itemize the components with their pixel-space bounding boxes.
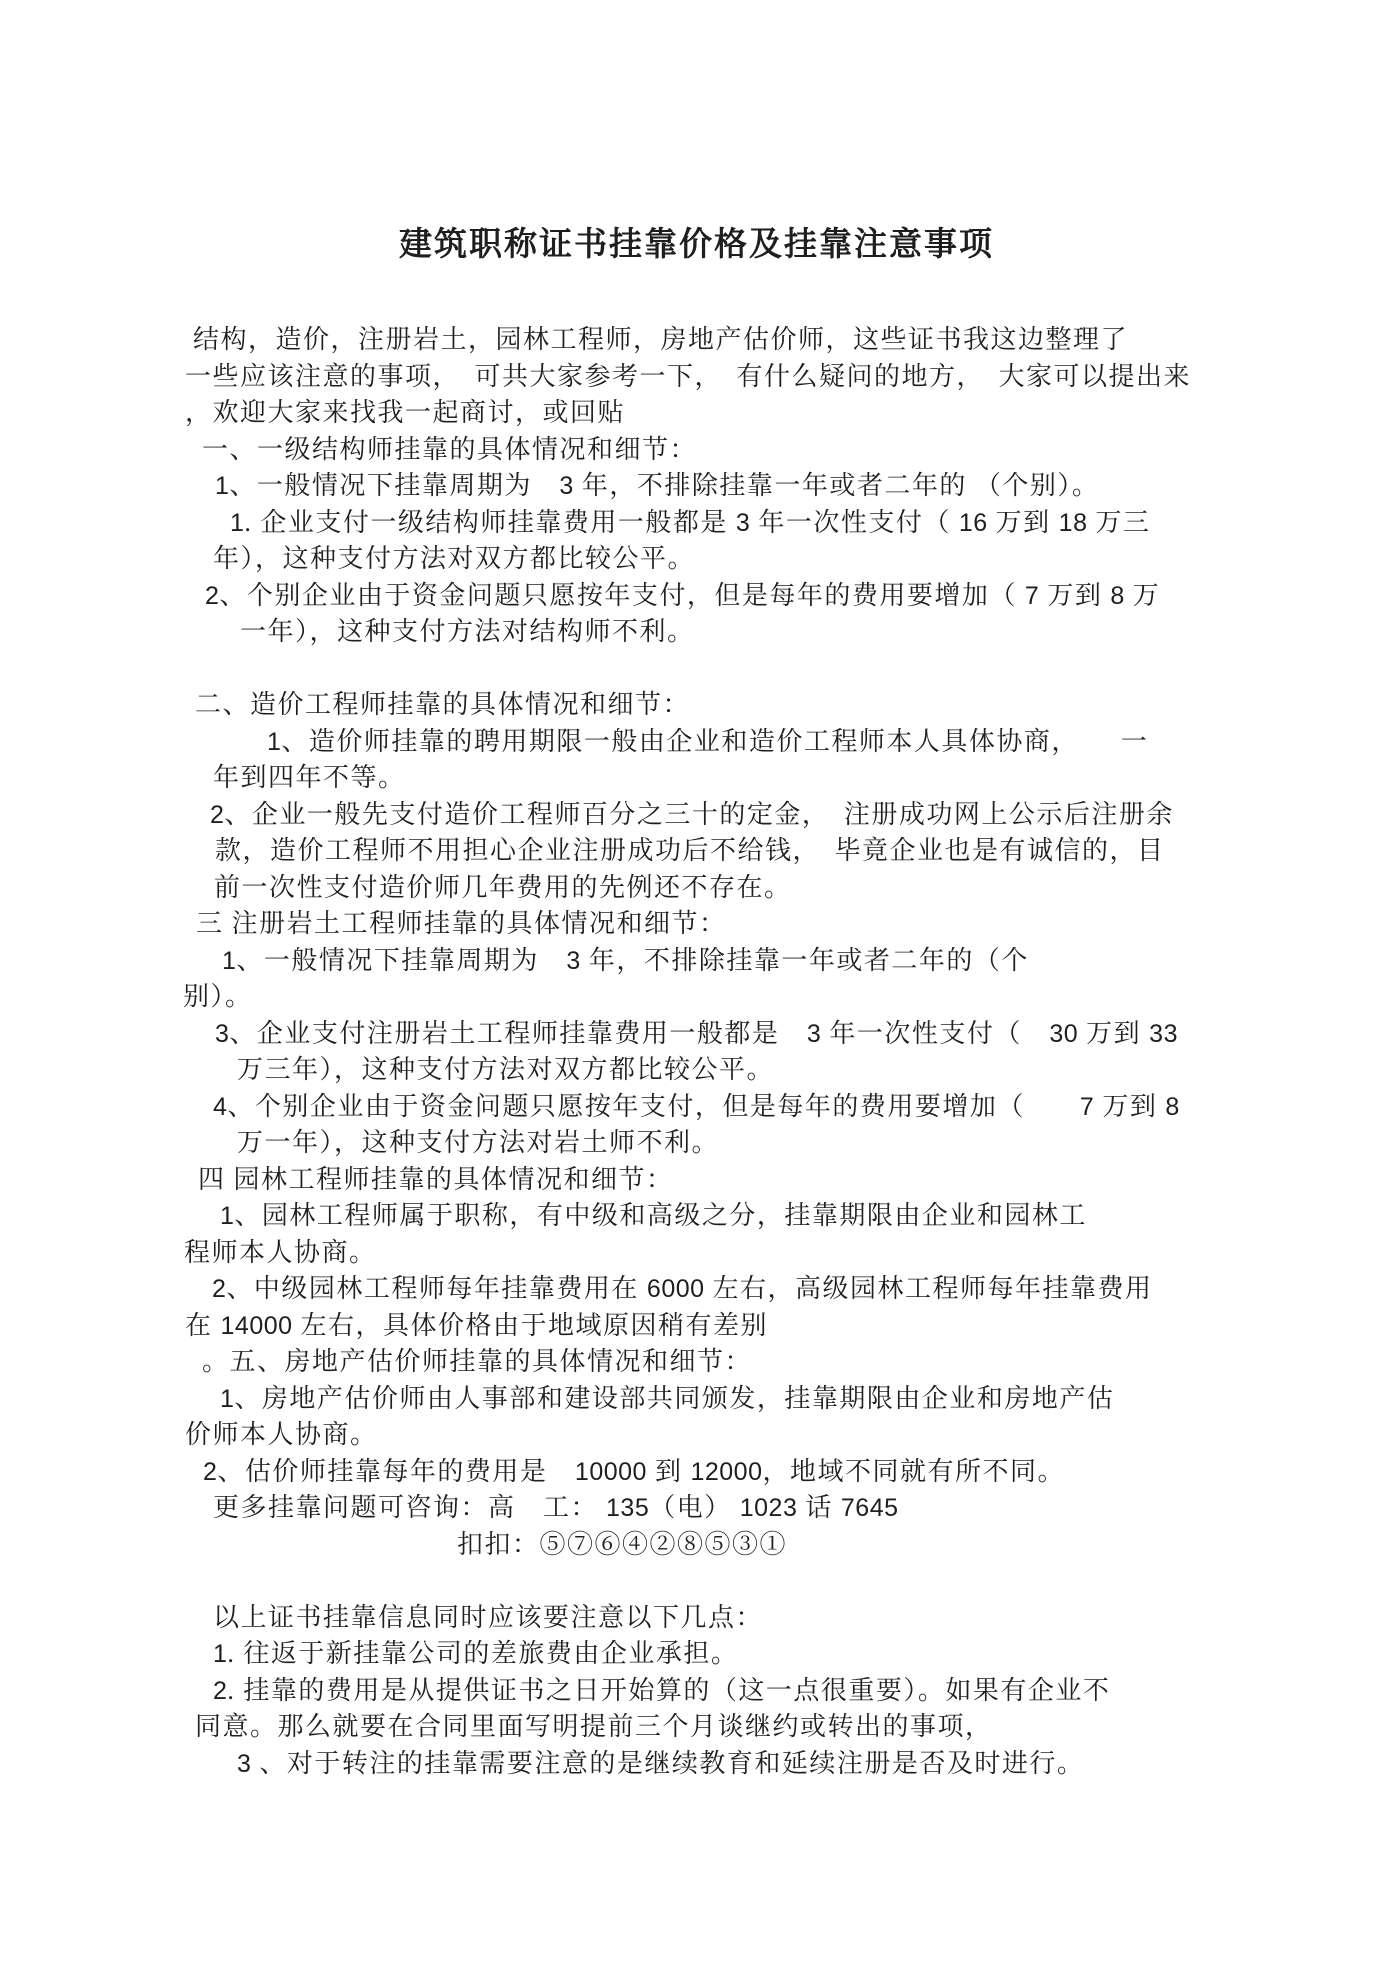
text-line: 1、园林工程师属于职称，有中级和高级之分，挂靠期限由企业和园林工 [170,1198,1310,1235]
text-line: 1、造价师挂靠的聘用期限一般由企业和造价工程师本人具体协商， 一 [170,724,1310,761]
text-line: 程师本人协商。 [170,1235,1310,1272]
document-page: 建筑职称证书挂靠价格及挂靠注意事项 结构，造价，注册岩土，园林工程师，房地产估价… [0,0,1393,1972]
text-line: ，欢迎大家来找我一起商讨，或回贴 [170,395,1310,432]
text-line: 以上证书挂靠信息同时应该要注意以下几点： [170,1600,1310,1637]
text-line: 。五、房地产估价师挂靠的具体情况和细节： [170,1344,1310,1381]
text-line: 2、企业一般先支付造价工程师百分之三十的定金， 注册成功网上公示后注册余 [170,797,1310,834]
text-line: 别）。 [170,979,1310,1016]
document-title: 建筑职称证书挂靠价格及挂靠注意事项 [0,218,1393,265]
text-line: 价师本人协商。 [170,1417,1310,1454]
text-line: 万一年），这种支付方法对岩土师不利。 [170,1125,1310,1162]
text-line: 2、个别企业由于资金问题只愿按年支付，但是每年的费用要增加（ 7 万到 8 万 [170,578,1310,615]
text-line: 3 、对于转注的挂靠需要注意的是继续教育和延续注册是否及时进行。 [170,1746,1310,1783]
text-line: 四 园林工程师挂靠的具体情况和细节： [170,1162,1310,1199]
text-line: 三 注册岩土工程师挂靠的具体情况和细节： [170,906,1310,943]
text-line: 扣扣：⑤⑦⑥④②⑧⑤③① [170,1527,1310,1564]
text-line: 在 14000 左右，具体价格由于地域原因稍有差别 [170,1308,1310,1345]
text-line: 前一次性支付造价师几年费用的先例还不存在。 [170,870,1310,907]
text-line: 一年），这种支付方法对结构师不利。 [170,614,1310,651]
text-line: 更多挂靠问题可咨询：高 工： 135（电） 1023 话 7645 [170,1490,1310,1527]
text-line: 二、造价工程师挂靠的具体情况和细节： [170,687,1310,724]
text-line: 2、估价师挂靠每年的费用是 10000 到 12000，地域不同就有所不同。 [170,1454,1310,1491]
text-line: 1. 往返于新挂靠公司的差旅费由企业承担。 [170,1636,1310,1673]
text-line: 1、一般情况下挂靠周期为 3 年，不排除挂靠一年或者二年的（个 [170,943,1310,980]
text-line: 年到四年不等。 [170,760,1310,797]
text-line: 2. 挂靠的费用是从提供证书之日开始算的（这一点很重要）。如果有企业不 [170,1673,1310,1710]
text-line: 一、一级结构师挂靠的具体情况和细节： [170,432,1310,469]
text-line: 万三年），这种支付方法对双方都比较公平。 [170,1052,1310,1089]
blank-line [170,651,1310,688]
text-line: 结构，造价，注册岩土，园林工程师，房地产估价师，这些证书我这边整理了 [170,322,1310,359]
text-line: 1. 企业支付一级结构师挂靠费用一般都是 3 年一次性支付（ 16 万到 18 … [170,505,1310,542]
text-line: 2、中级园林工程师每年挂靠费用在 6000 左右，高级园林工程师每年挂靠费用 [170,1271,1310,1308]
document-body: 结构，造价，注册岩土，园林工程师，房地产估价师，这些证书我这边整理了一些应该注意… [170,322,1310,1782]
text-line: 3、企业支付注册岩土工程师挂靠费用一般都是 3 年一次性支付（ 30 万到 33 [170,1016,1310,1053]
text-line: 一些应该注意的事项， 可共大家参考一下， 有什么疑问的地方， 大家可以提出来 [170,359,1310,396]
text-line: 款，造价工程师不用担心企业注册成功后不给钱， 毕竟企业也是有诚信的，目 [170,833,1310,870]
text-line: 1、房地产估价师由人事部和建设部共同颁发，挂靠期限由企业和房地产估 [170,1381,1310,1418]
blank-line [170,1563,1310,1600]
text-line: 1、一般情况下挂靠周期为 3 年，不排除挂靠一年或者二年的 （个别）。 [170,468,1310,505]
text-line: 年），这种支付方法对双方都比较公平。 [170,541,1310,578]
text-line: 4、个别企业由于资金问题只愿按年支付，但是每年的费用要增加（ 7 万到 8 [170,1089,1310,1126]
text-line: 同意。那么就要在合同里面写明提前三个月谈继约或转出的事项， [170,1709,1310,1746]
